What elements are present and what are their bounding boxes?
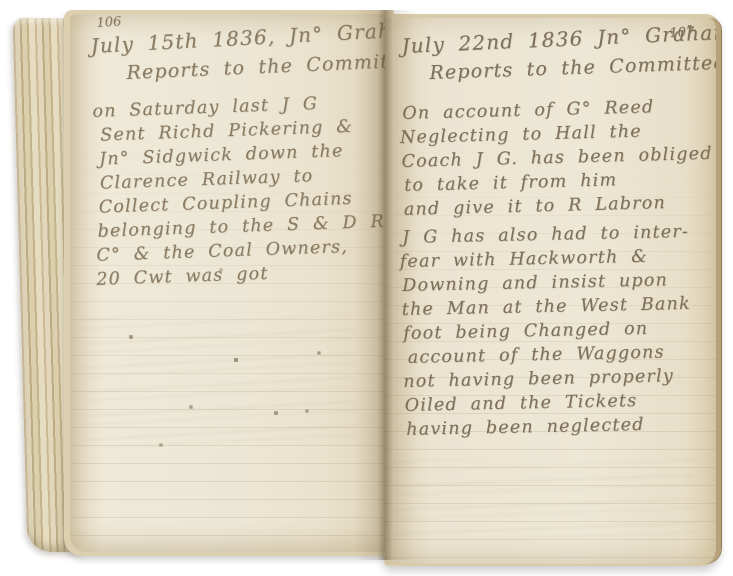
left-entry-subheading: Reports to the Committee [126, 49, 385, 84]
photo-background: 106 July 15th 1836, Jn° Graham Reports t… [0, 0, 733, 576]
left-entry-body: on Saturday last J G Sent Richd Pickerin… [88, 90, 385, 292]
right-page: 107 July 22nd 1836 Jn° Graham Reports to… [385, 18, 721, 564]
right-entry-paragraph-1: On account of G° Reed Neglecting to Hall… [399, 94, 714, 222]
right-entry-paragraph-2: J G has also had to inter- fear with Hac… [399, 220, 694, 442]
right-entry-date-heading: July 22nd 1836 Jn° Graham [401, 20, 721, 58]
handwritten-line: having been neglected [406, 412, 694, 442]
open-minute-book: 106 July 15th 1836, Jn° Graham Reports t… [24, 10, 720, 560]
ink-bleed-through [82, 309, 356, 448]
page-number-left: 106 [96, 14, 122, 31]
ink-specks [70, 14, 72, 16]
ink-bleed-through [394, 455, 695, 540]
left-page: 106 July 15th 1836, Jn° Graham Reports t… [70, 14, 385, 552]
right-entry-subheading: Reports to the Committee [429, 52, 721, 84]
